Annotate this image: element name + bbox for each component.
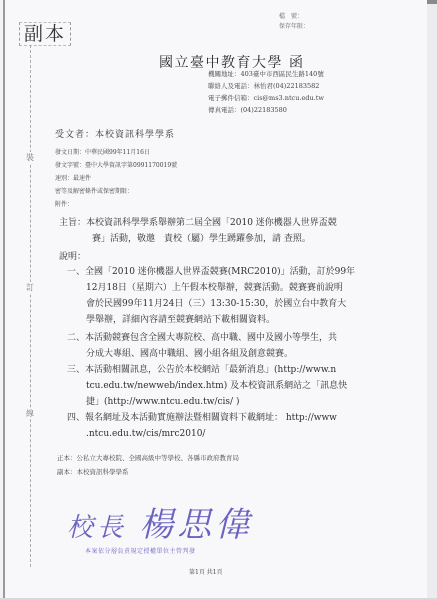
item-line: .ntcu.edu.tw/cis/mrc2010/ (67, 426, 337, 442)
binding-mark-ding: 訂 (26, 282, 34, 293)
classification: 密等及解密條件或保密期限： (55, 185, 177, 198)
binding-line (30, 45, 31, 567)
issue-date: 發文日期：中華民國99年11月16日 (55, 146, 177, 159)
subject-line-1: 本校資訊科學學系舉辦第二屆全國「2010 迷你機器人世界盃競 (86, 218, 337, 228)
contact-block: 機關地址：403臺中市西區民生路140號 聯絡人及電話：林怡君(04)22183… (208, 68, 324, 116)
address: 機關地址：403臺中市西區民生路140號 (208, 68, 324, 80)
email: 電子郵件信箱：cis@ms3.ntcu.edu.tw (208, 92, 324, 104)
attachment: 附件： (55, 198, 177, 211)
item-line: 捷」(http://www.ntcu.edu.tw/cis/ ) (67, 394, 347, 410)
file-number-label: 檔 號： (279, 12, 309, 22)
signature-stamp: 校長 楊思偉 (67, 497, 253, 546)
contact-person: 聯絡人及電話：林怡君(04)22183582 (208, 80, 324, 92)
explanation-item-4: 四、報名網址及本活動實施辦法暨相關資料下載網址： http://www .ntc… (67, 410, 337, 442)
binding-mark-zhuang: 裝 (26, 152, 34, 163)
item-line: 12月18日（星期六）上午假本校舉辦，競賽活動。競賽賽前說明 (67, 280, 355, 296)
item-line: 本活動相關訊息，公告於本校網站「最新消息」(http://www.n (85, 365, 336, 375)
binding-mark-xian: 線 (26, 408, 34, 419)
signature-note: 本案依分層負責規定授權單位主管判發 (85, 546, 196, 555)
subject-line-2: 賽」活動，敬邀 貴校（屬）學生踴躍參加，請 查照。 (59, 231, 337, 247)
meta-block: 發文日期：中華民國99年11月16日 發文字號：臺中大學資訊字第09911700… (55, 146, 177, 211)
item-line: 全國「2010 迷你機器人世界盃競賽(MRC2010)」活動，訂於99年 (85, 267, 355, 277)
item-line: 會於民國99年11月24日（三）13:30-15:30，於國立台中教育大 (67, 296, 355, 312)
item-marker: 一、 (67, 267, 85, 277)
distribution-block: 正本：公私立大專校院、全國高級中等學校、各縣市政府教育局 副本：本校資訊科學學系 (57, 451, 239, 479)
explanation-item-2: 二、本活動競賽包含全國大專院校、高中職、國中及國小等學生，共 分成大專組、國高中… (67, 330, 337, 362)
page-number: 第1頁 共1頁 (189, 567, 223, 576)
copy-stamp: 副本 (19, 22, 71, 46)
original-recipients: 正本：公私立大專校院、全國高級中等學校、各縣市政府教育局 (57, 451, 239, 465)
item-line: 學舉辦，詳細內容請至競賽網站下載相關資料。 (67, 312, 355, 328)
item-marker: 二、 (67, 333, 85, 343)
item-marker: 三、 (67, 365, 85, 375)
signature-name: 楊思偉 (139, 505, 253, 545)
copy-recipients: 副本：本校資訊科學學系 (57, 465, 239, 479)
subject-label: 主旨： (59, 218, 86, 228)
item-line: 報名網址及本活動實施辦法暨相關資料下載網址： http://www (85, 413, 337, 423)
urgency: 速別：最速件 (55, 172, 177, 185)
signature-title: 校長 (67, 513, 127, 543)
explanation-item-1: 一、全國「2010 迷你機器人世界盃競賽(MRC2010)」活動，訂於99年 1… (67, 264, 355, 328)
document-number: 發文字號：臺中大學資訊字第0991170019號 (55, 159, 177, 172)
retention-label: 保存年限： (279, 22, 309, 32)
item-line: 分成大專組、國高中職組、國小組各組及創意競賽。 (67, 346, 337, 362)
document-page: 副本 裝 訂 線 檔 號： 保存年限： 國立臺中教育大學 函 機關地址：403臺… (3, 0, 429, 598)
item-line: tcu.edu.tw/newweb/index.htm) 及本校資訊系網站之「訊… (67, 378, 347, 394)
explanation-label: 說明： (59, 249, 86, 265)
fax: 傳真電話：(04)22183580 (208, 104, 324, 116)
subject: 主旨：本校資訊科學學系舉辦第二屆全國「2010 迷你機器人世界盃競 賽」活動，敬… (59, 215, 337, 247)
file-meta: 檔 號： 保存年限： (279, 12, 309, 32)
item-line: 本活動競賽包含全國大專院校、高中職、國中及國小等學生，共 (85, 333, 337, 343)
recipient: 受文者：本校資訊科學學系 (55, 127, 175, 140)
scan-edge-right (427, 0, 437, 600)
explanation-item-3: 三、本活動相關訊息，公告於本校網站「最新消息」(http://www.n tcu… (67, 362, 347, 410)
item-marker: 四、 (67, 413, 85, 423)
